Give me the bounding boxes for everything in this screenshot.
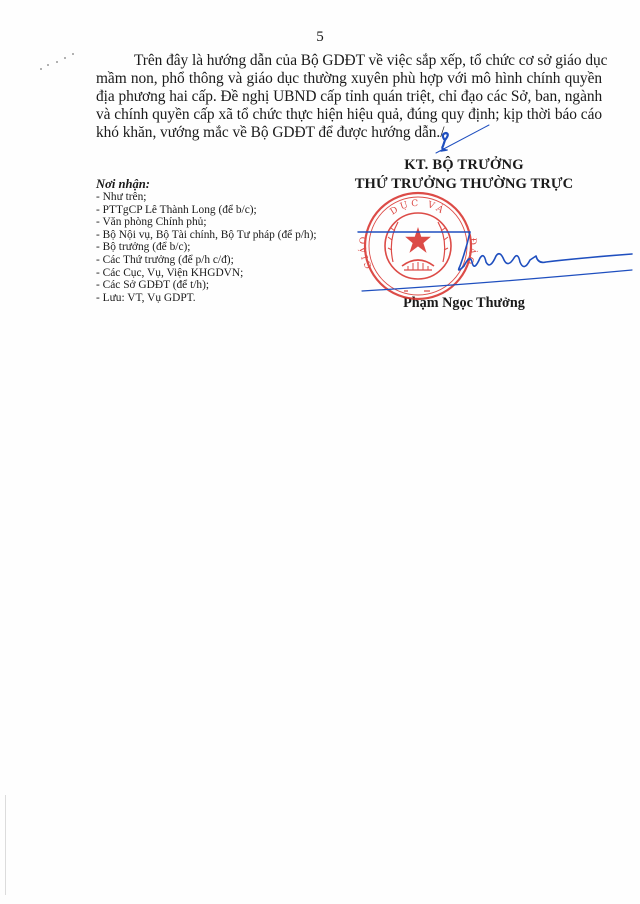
scan-edge-line	[5, 795, 6, 895]
signer-name: Phạm Ngọc Thưởng	[330, 294, 598, 312]
signature-titles: KT. BỘ TRƯỞNG THỨ TRƯỞNG THƯỜNG TRỰC	[330, 156, 598, 194]
recipient-item: Các Cục, Vụ, Viện KHGDVN;	[96, 267, 317, 280]
svg-text:ĐÀO: ĐÀO	[462, 237, 479, 267]
recipient-item: Các Thứ trưởng (để p/h c/đ);	[96, 254, 317, 267]
recipients-heading: Nơi nhận:	[96, 177, 317, 191]
paragraph-line: khó khăn, vướng mắc về Bộ GDĐT để được h…	[96, 124, 602, 142]
signature-title-secondary: THỨ TRƯỞNG THƯỜNG TRỰC	[330, 175, 598, 194]
recipient-item: Lưu: VT, Vụ GDPT.	[96, 292, 317, 305]
document-page: 5 Trên đây là hướng dẫn của Bộ GDĐT về v…	[0, 0, 640, 904]
paragraph-line: và chính quyền cấp xã tổ chức thực hiện …	[96, 106, 602, 124]
handwritten-signature-icon	[358, 232, 632, 291]
paragraph-line: Trên đây là hướng dẫn của Bộ GDĐT về việ…	[96, 52, 602, 70]
recipient-item: Bộ Nội vụ, Bộ Tài chính, Bộ Tư pháp (để …	[96, 229, 317, 242]
page-number: 5	[0, 28, 640, 46]
recipient-item: PTTgCP Lê Thành Long (để b/c);	[96, 204, 317, 217]
official-seal-icon: DỤC VÀ GIÁO ĐÀO	[357, 193, 480, 299]
svg-text:GIÁO: GIÁO	[357, 234, 375, 270]
signature-title-primary: KT. BỘ TRƯỞNG	[330, 156, 598, 175]
recipient-item: Văn phòng Chính phủ;	[96, 216, 317, 229]
recipients-block: Nơi nhận: Như trên; PTTgCP Lê Thành Long…	[96, 177, 317, 304]
recipient-item: Như trên;	[96, 191, 317, 204]
svg-text:DỤC VÀ: DỤC VÀ	[389, 199, 449, 218]
paragraph-line: mầm non, phổ thông và giáo dục thường xu…	[96, 70, 602, 88]
closing-paragraph: Trên đây là hướng dẫn của Bộ GDĐT về việ…	[96, 52, 602, 142]
recipients-list: Như trên; PTTgCP Lê Thành Long (để b/c);…	[96, 191, 317, 304]
recipient-item: Các Sở GDĐT (để t/h);	[96, 279, 317, 292]
paragraph-line: địa phương hai cấp. Đề nghị UBND cấp tỉn…	[96, 88, 602, 106]
recipient-item: Bộ trưởng (để b/c);	[96, 241, 317, 254]
